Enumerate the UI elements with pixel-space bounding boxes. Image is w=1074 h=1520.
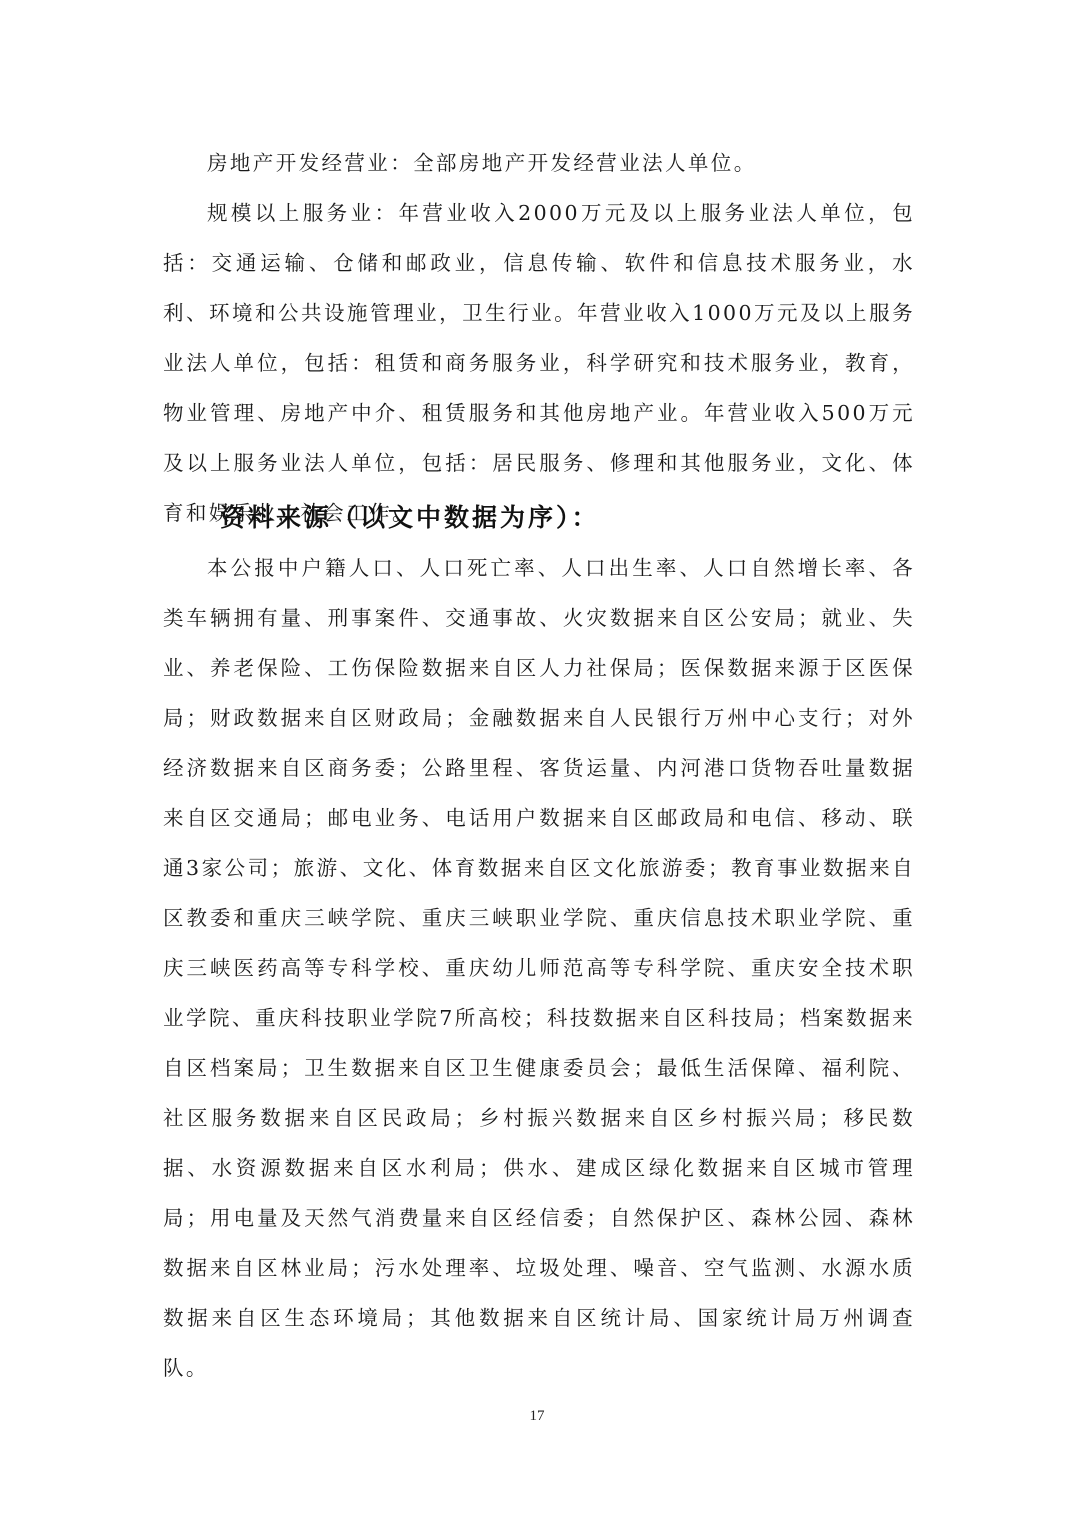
paragraph-service-industry-definition: 规模以上服务业：年营业收入2000万元及以上服务业法人单位，包括：交通运输、仓储… (163, 188, 915, 538)
section-heading-data-sources: 资料来源（以文中数据为序）： (220, 493, 600, 543)
paragraph-data-sources: 本公报中户籍人口、人口死亡率、人口出生率、人口自然增长率、各类车辆拥有量、刑事案… (163, 543, 915, 1393)
page-number: 17 (0, 1408, 1074, 1425)
document-page: 房地产开发经营业：全部房地产开发经营业法人单位。 规模以上服务业：年营业收入20… (0, 0, 1074, 1520)
paragraph-real-estate-definition: 房地产开发经营业：全部房地产开发经营业法人单位。 (163, 138, 915, 188)
